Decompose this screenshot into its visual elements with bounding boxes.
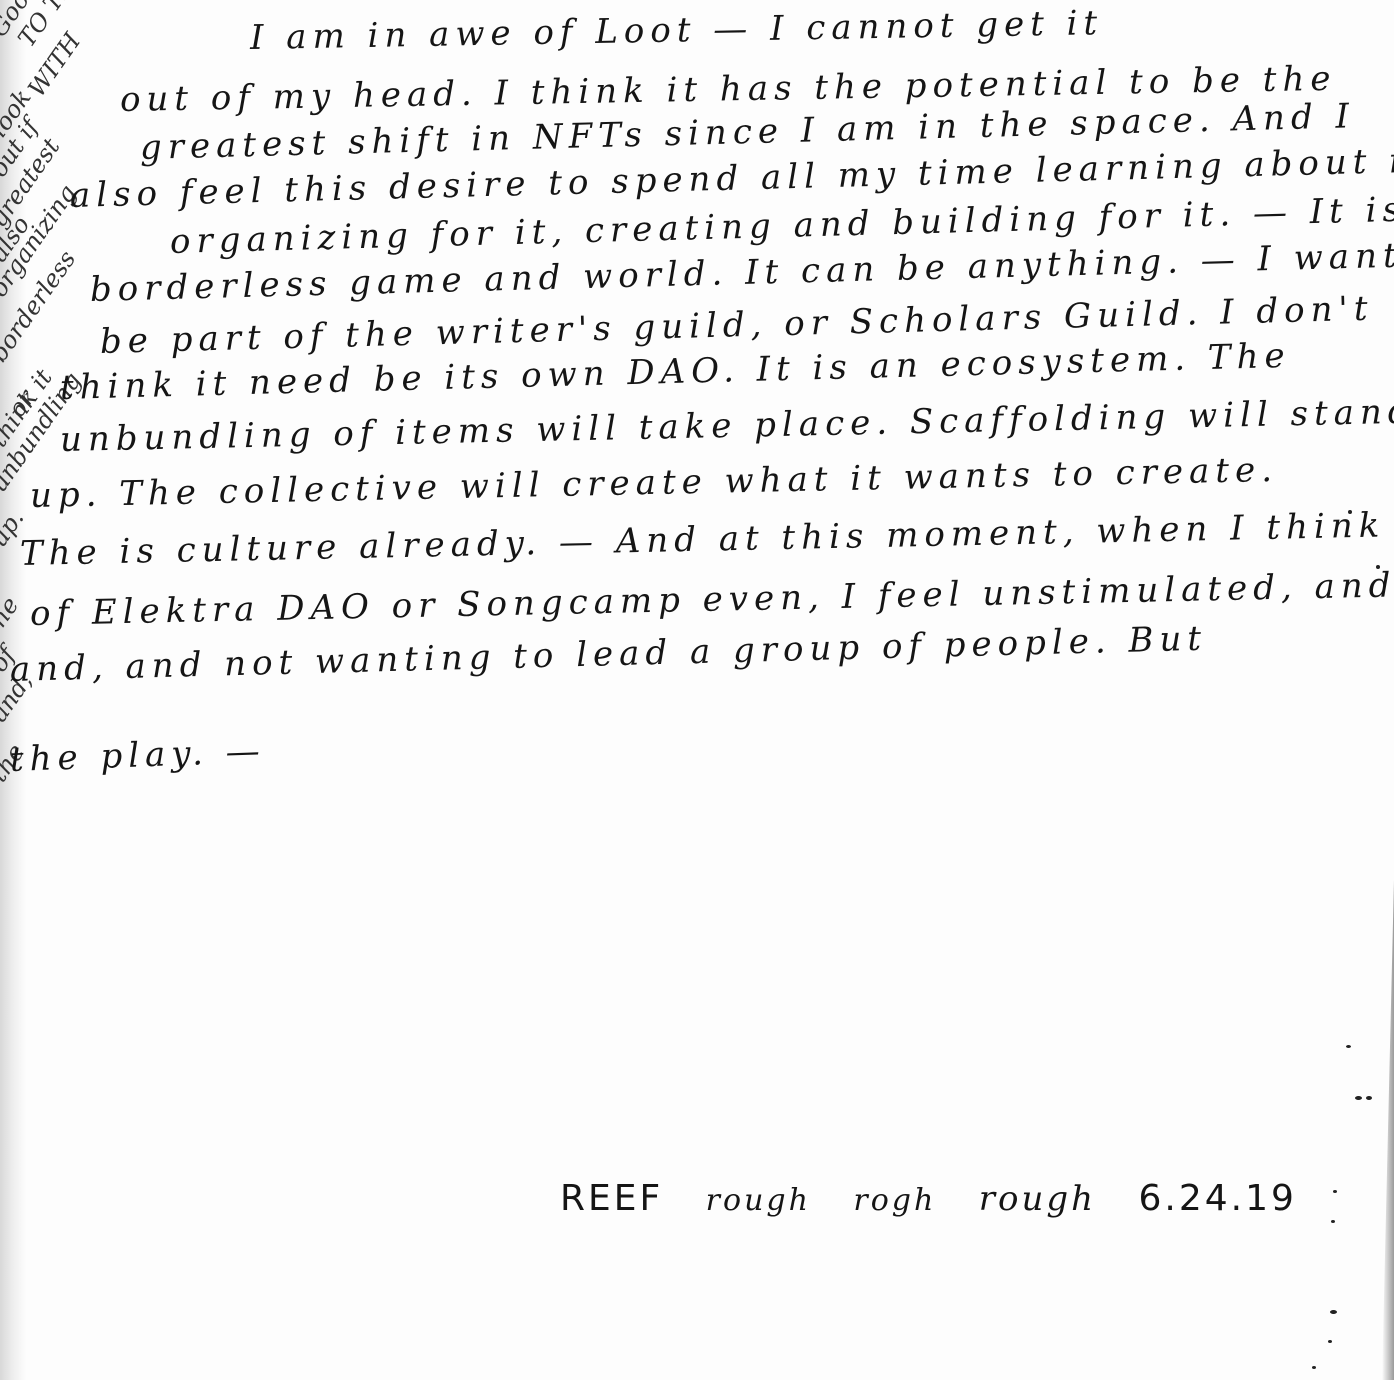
signature-date: 6.24.19 (1139, 1178, 1297, 1219)
note-line: the play. — (9, 731, 266, 780)
handwritten-page: GoodTO THEWITHlookout ifgreatestalsoorga… (0, 0, 1394, 1380)
ink-speck (1346, 1045, 1351, 1048)
note-line: The is culture already. — And at this mo… (20, 505, 1386, 574)
signature-line: REEF rough rogh rough 6.24.19 (560, 1178, 1325, 1219)
ink-speck (1355, 1096, 1362, 1100)
ink-speck (1331, 1220, 1335, 1223)
page-edge-shadow (1382, 880, 1394, 1380)
ink-speck (1330, 1310, 1337, 1314)
note-line: up. The collective will create what it w… (30, 450, 1279, 516)
signature-word: rough (979, 1179, 1096, 1219)
signature-word: rough (706, 1183, 811, 1218)
ink-speck (1366, 1096, 1372, 1100)
note-line: I am in awe of Loot — I cannot get it (250, 3, 1104, 58)
ink-speck (1328, 1340, 1332, 1343)
ink-speck (1376, 565, 1380, 569)
ink-speck (1348, 510, 1352, 514)
ink-speck (1333, 1190, 1337, 1193)
signature-title: REEF (560, 1178, 663, 1219)
ink-speck (1312, 1366, 1316, 1369)
signature-word: rogh (853, 1183, 936, 1218)
